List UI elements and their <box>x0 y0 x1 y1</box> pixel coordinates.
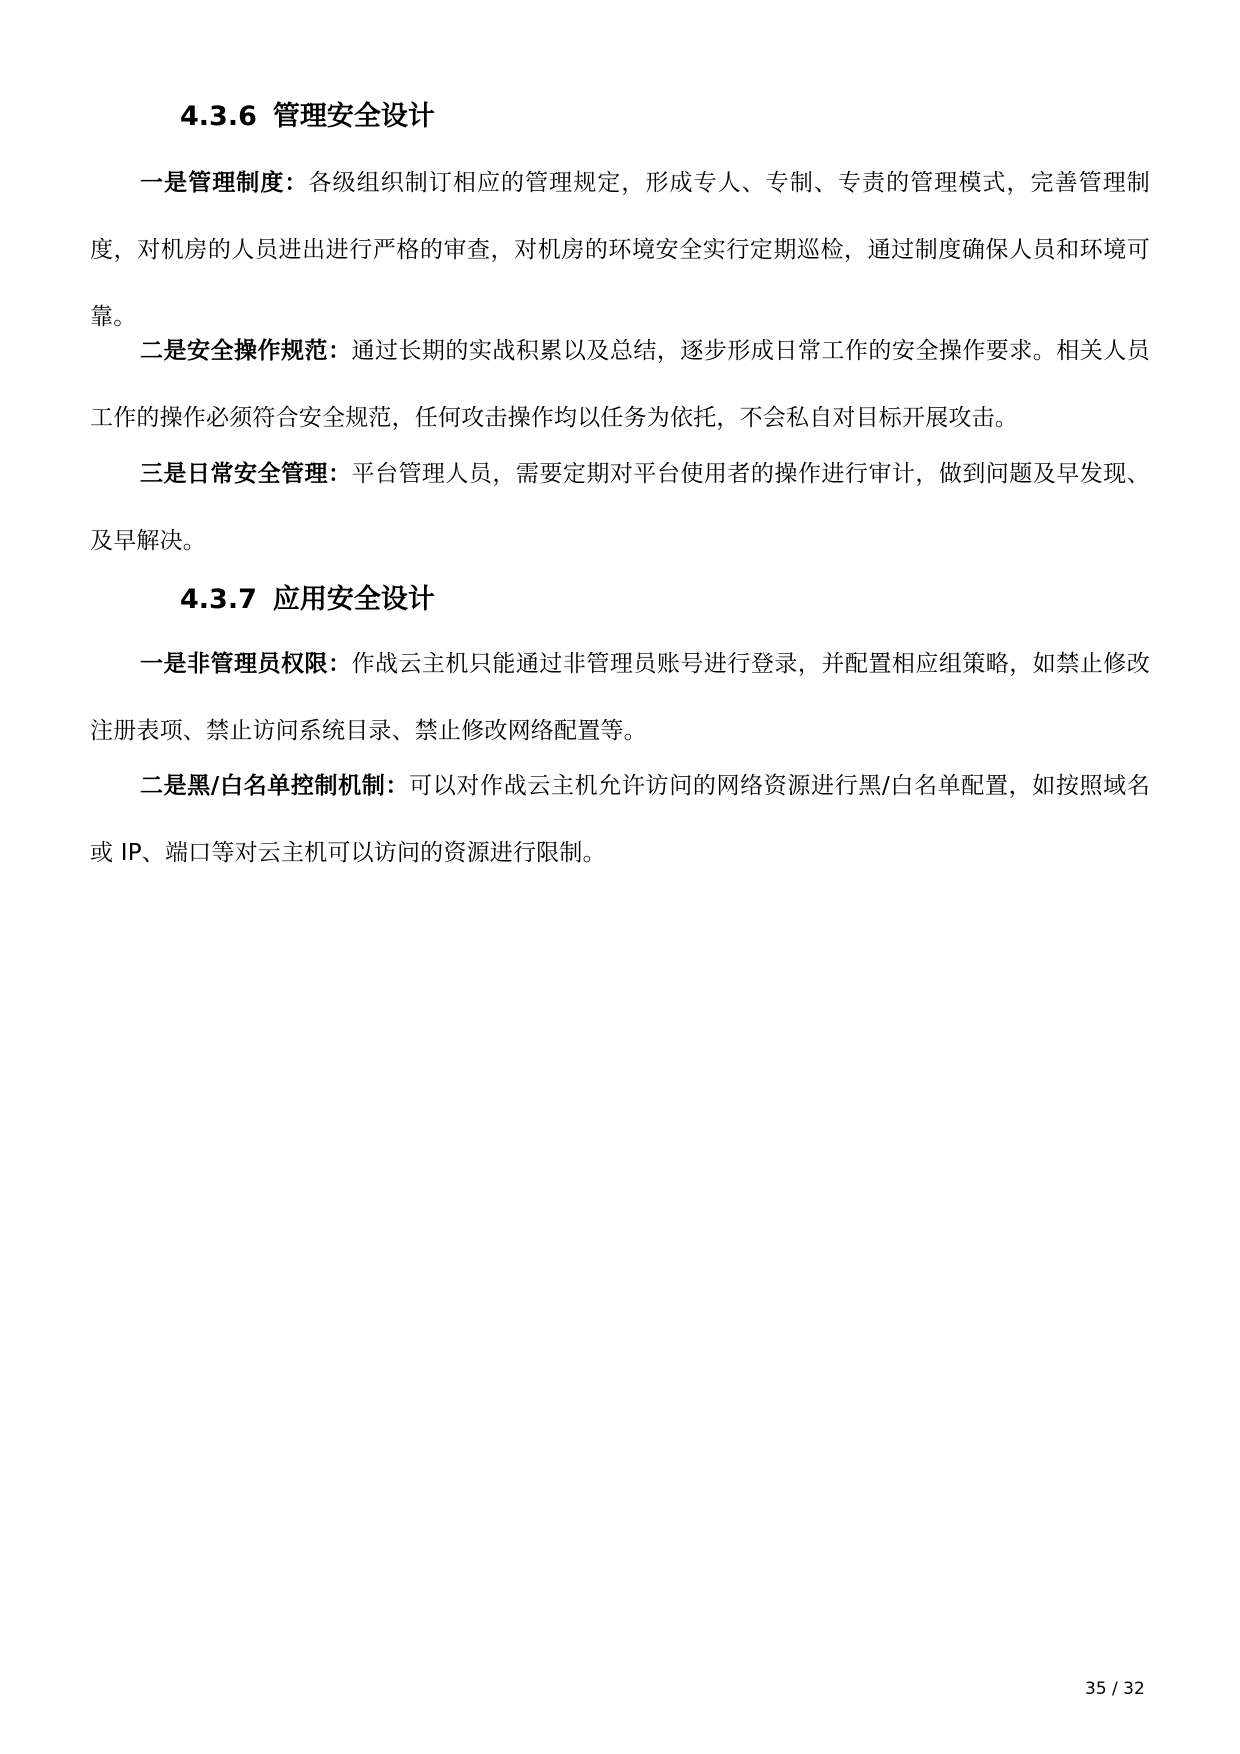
paragraph-daily-management: 三是日常安全管理：平台管理人员，需要定期对平台使用者的操作进行审计，做到问题及早… <box>90 441 1150 575</box>
section-number: 4.3.7 <box>180 584 257 615</box>
paragraph-lead: 二是安全操作规范： <box>140 338 351 364</box>
page-number: 35 / 32 <box>1085 1677 1145 1701</box>
paragraph-lead: 二是黑/白名单控制机制： <box>140 773 409 799</box>
section-heading-4-3-7: 4.3.7应用安全设计 <box>180 580 435 620</box>
paragraph-black-white-list: 二是黑/白名单控制机制：可以对作战云主机允许访问的网络资源进行黑/白名单配置，如… <box>90 753 1150 887</box>
section-title: 管理安全设计 <box>273 101 435 132</box>
paragraph-safe-operation: 二是安全操作规范：通过长期的实战积累以及总结，逐步形成日常工作的安全操作要求。相… <box>90 318 1150 452</box>
section-heading-4-3-6: 4.3.6管理安全设计 <box>180 97 435 137</box>
paragraph-non-admin-privilege: 一是非管理员权限：作战云主机只能通过非管理员账号进行登录，并配置相应组策略，如禁… <box>90 631 1150 765</box>
section-number: 4.3.6 <box>180 101 257 132</box>
paragraph-lead: 一是非管理员权限： <box>140 651 351 677</box>
paragraph-lead: 三是日常安全管理： <box>140 461 351 487</box>
section-title: 应用安全设计 <box>273 584 435 615</box>
paragraph-lead: 一是管理制度： <box>140 170 308 196</box>
